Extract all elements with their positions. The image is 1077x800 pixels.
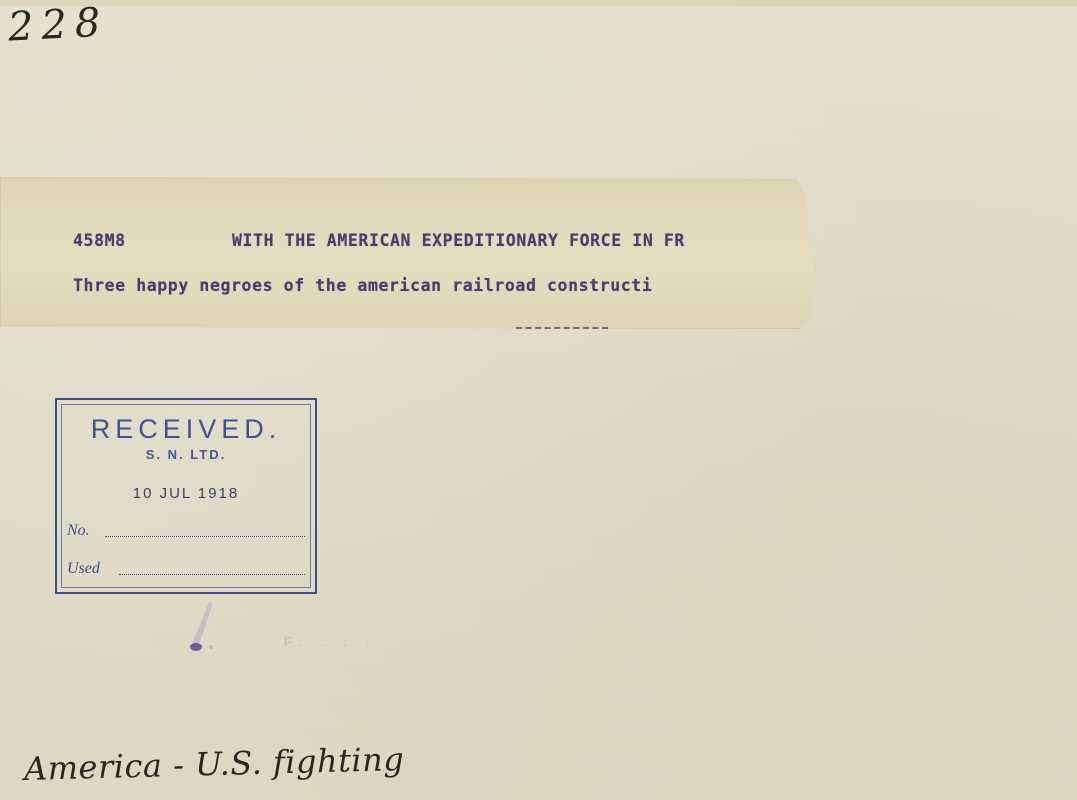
stamp-field-dotted-line bbox=[119, 574, 305, 575]
caption-id: 458M8 bbox=[73, 231, 126, 250]
stamp-company: S. N. LTD. bbox=[57, 447, 315, 462]
paper-top-edge bbox=[0, 0, 1077, 6]
handwritten-category-note: America - U.S. fighting bbox=[24, 740, 405, 788]
stamp-field-label: Used bbox=[67, 560, 100, 578]
handwritten-page-number: 228 bbox=[7, 0, 110, 51]
stamp-field-used: Used bbox=[67, 558, 305, 580]
stamp-date: 10 JUL 1918 bbox=[57, 485, 315, 502]
caption-text: Three happy negroes of the american rail… bbox=[73, 276, 652, 295]
stamp-field-dotted-line bbox=[105, 536, 305, 537]
stamp-title: RECEIVED. bbox=[57, 414, 315, 445]
caption-heading: WITH THE AMERICAN EXPEDITIONARY FORCE IN… bbox=[232, 231, 685, 250]
faint-pencil-text: F. . . . bbox=[284, 635, 377, 649]
ink-smudge-icon bbox=[187, 600, 215, 652]
received-stamp: RECEIVED. S. N. LTD. 10 JUL 1918 No. Use… bbox=[55, 398, 317, 594]
stamp-field-label: No. bbox=[67, 522, 90, 540]
caption-rule bbox=[516, 327, 608, 331]
caption-tape-strip bbox=[0, 177, 815, 329]
stamp-field-no: No. bbox=[67, 520, 305, 542]
